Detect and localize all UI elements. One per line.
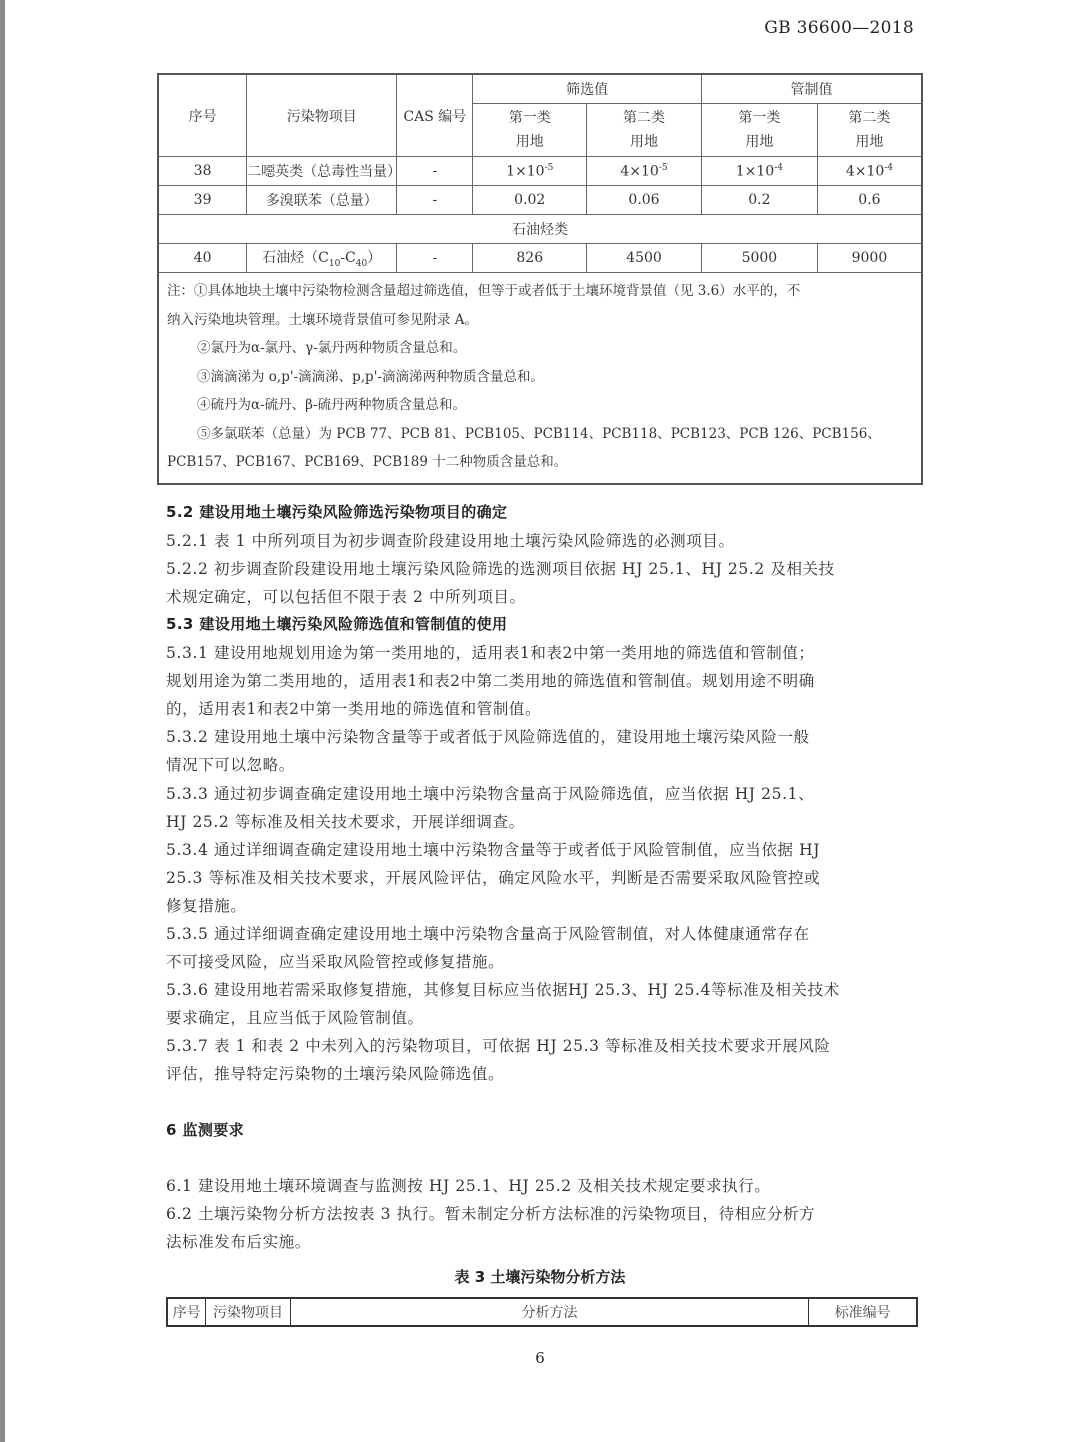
row-control-class2: 4×10-4 xyxy=(817,157,922,186)
paragraph-line: 5.2.2 初步调查阶段建设用地土壤污染风险筛选的选测项目依据 HJ 25.1、… xyxy=(166,557,835,579)
note-line: PCB157、PCB167、PCB169、PCB189 十二种物质含量总和。 xyxy=(167,448,913,477)
heading-5-2: 5.2 建设用地土壤污染风险筛选污染物项目的确定 xyxy=(166,501,507,522)
note-line: 注：①具体地块土壤中污染物检测含量超过筛选值，但等于或者低于土壤环境背景值（见 … xyxy=(167,277,913,306)
paragraph-line: 6.2 土壤污染物分析方法按表 3 执行。暂未制定分析方法标准的污染物项目，待相… xyxy=(166,1202,815,1224)
paragraph-line: 的，适用表1和表2中第一类用地的筛选值和管制值。 xyxy=(166,697,541,719)
row-no: 39 xyxy=(158,186,247,215)
row-cas: - xyxy=(397,186,473,215)
heading-6: 6 监测要求 xyxy=(166,1119,244,1140)
paragraph-line: 要求确定，且应当低于风险管制值。 xyxy=(166,1006,424,1028)
paragraph-line: 5.3.5 通过详细调查确定建设用地土壤中污染物含量高于风险管制值，对人体健康通… xyxy=(166,922,810,944)
paragraph-line: 术规定确定，可以包括但不限于表 2 中所列项目。 xyxy=(166,585,526,607)
table-notes: 注：①具体地块土壤中污染物检测含量超过筛选值，但等于或者低于土壤环境背景值（见 … xyxy=(158,273,922,484)
paragraph-line: 5.3.2 建设用地土壤中污染物含量等于或者低于风险筛选值的，建设用地土壤污染风… xyxy=(166,725,810,747)
header-item: 污染物项目 xyxy=(206,1298,290,1326)
table3-title: 表 3 土壤污染物分析方法 xyxy=(0,1266,1080,1287)
note-line: ③滴滴涕为 o,p'-滴滴涕、p,p'-滴滴涕两种物质含量总和。 xyxy=(167,363,913,392)
row-screening-class2: 0.06 xyxy=(587,186,702,215)
paragraph-line: 规划用途为第二类用地的，适用表1和表2中第二类用地的筛选值和管制值。规划用途不明… xyxy=(166,669,815,691)
header-standard-no: 标准编号 xyxy=(809,1298,917,1326)
note-line: ⑤多氯联苯（总量）为 PCB 77、PCB 81、PCB105、PCB114、P… xyxy=(167,420,913,449)
header-screening-class1: 第一类用地 xyxy=(473,104,587,157)
row-screening-class1: 0.02 xyxy=(473,186,587,215)
header-screening: 筛选值 xyxy=(473,74,702,104)
viewer-left-edge xyxy=(0,0,5,1442)
row-item: 二噁英类（总毒性当量） xyxy=(247,157,397,186)
header-control-class1: 第一类用地 xyxy=(701,104,817,157)
paragraph-line: 法标准发布后实施。 xyxy=(166,1230,311,1252)
row-item: 石油烃（C10-C40） xyxy=(247,244,397,273)
paragraph-line: 5.2.1 表 1 中所列项目为初步调查阶段建设用地土壤污染风险筛选的必测项目。 xyxy=(166,529,735,551)
row-control-class1: 0.2 xyxy=(701,186,817,215)
paragraph-line: 5.3.3 通过初步调查确定建设用地土壤中污染物含量高于风险筛选值，应当依据 H… xyxy=(166,782,814,804)
paragraph-line: 25.3 等标准及相关技术要求，开展风险评估，确定风险水平，判断是否需要采取风险… xyxy=(166,866,820,888)
row-screening-class1: 1×10-5 xyxy=(473,157,587,186)
row-control-class1: 5000 xyxy=(701,244,817,273)
header-method: 分析方法 xyxy=(290,1298,809,1326)
paragraph-line: 5.3.7 表 1 和表 2 中未列入的污染物项目，可依据 HJ 25.3 等标… xyxy=(166,1034,831,1056)
page-number: 6 xyxy=(0,1349,1080,1367)
category-label: 石油烃类 xyxy=(158,215,922,244)
row-screening-class2: 4×10-5 xyxy=(587,157,702,186)
row-control-class1: 1×10-4 xyxy=(701,157,817,186)
row-no: 38 xyxy=(158,157,247,186)
table-row: 39 多溴联苯（总量） - 0.02 0.06 0.2 0.6 xyxy=(158,186,922,215)
header-cas: CAS 编号 xyxy=(397,74,473,157)
header-screening-class2: 第二类用地 xyxy=(587,104,702,157)
paragraph-line: 5.3.6 建设用地若需采取修复措施，其修复目标应当依据HJ 25.3、HJ 2… xyxy=(166,978,840,1000)
header-control-class2: 第二类用地 xyxy=(817,104,922,157)
row-control-class2: 9000 xyxy=(817,244,922,273)
paragraph-line: 修复措施。 xyxy=(166,894,247,916)
notes-row: 注：①具体地块土壤中污染物检测含量超过筛选值，但等于或者低于土壤环境背景值（见 … xyxy=(158,273,922,484)
analysis-methods-table: 序号 污染物项目 分析方法 标准编号 xyxy=(166,1297,918,1327)
paragraph-line: 6.1 建设用地土壤环境调查与监测按 HJ 25.1、HJ 25.2 及相关技术… xyxy=(166,1174,770,1196)
table3-header-row: 序号 污染物项目 分析方法 标准编号 xyxy=(167,1298,917,1326)
header-control: 管制值 xyxy=(701,74,922,104)
heading-5-3: 5.3 建设用地土壤污染风险筛选值和管制值的使用 xyxy=(166,613,507,634)
header-item: 污染物项目 xyxy=(247,74,397,157)
paragraph-line: 不可接受风险，应当采取风险管控或修复措施。 xyxy=(166,950,504,972)
pollutant-limits-table: 序号 污染物项目 CAS 编号 筛选值 管制值 第一类用地 第二类用地 第一类用… xyxy=(157,73,923,485)
header-no: 序号 xyxy=(167,1298,206,1326)
header-no: 序号 xyxy=(158,74,247,157)
row-no: 40 xyxy=(158,244,247,273)
paragraph-line: 评估，推导特定污染物的土壤污染风险筛选值。 xyxy=(166,1062,504,1084)
table-row: 40 石油烃（C10-C40） - 826 4500 5000 9000 xyxy=(158,244,922,273)
category-row: 石油烃类 xyxy=(158,215,922,244)
note-line: ②氯丹为α-氯丹、γ-氯丹两种物质含量总和。 xyxy=(167,334,913,363)
paragraph-line: HJ 25.2 等标准及相关技术要求，开展详细调查。 xyxy=(166,810,525,832)
row-screening-class1: 826 xyxy=(473,244,587,273)
table-row: 38 二噁英类（总毒性当量） - 1×10-5 4×10-5 1×10-4 4×… xyxy=(158,157,922,186)
note-line: ④硫丹为α-硫丹、β-硫丹两种物质含量总和。 xyxy=(167,391,913,420)
note-line: 纳入污染地块管理。土壤环境背景值可参见附录 A。 xyxy=(167,306,913,335)
row-control-class2: 0.6 xyxy=(817,186,922,215)
row-screening-class2: 4500 xyxy=(587,244,702,273)
row-cas: - xyxy=(397,157,473,186)
paragraph-line: 情况下可以忽略。 xyxy=(166,753,295,775)
paragraph-line: 5.3.1 建设用地规划用途为第一类用地的，适用表1和表2中第一类用地的筛选值和… xyxy=(166,641,815,663)
row-item: 多溴联苯（总量） xyxy=(247,186,397,215)
standard-code: GB 36600—2018 xyxy=(764,18,914,38)
row-cas: - xyxy=(397,244,473,273)
paragraph-line: 5.3.4 通过详细调查确定建设用地土壤中污染物含量等于或者低于风险管制值，应当… xyxy=(166,838,820,860)
